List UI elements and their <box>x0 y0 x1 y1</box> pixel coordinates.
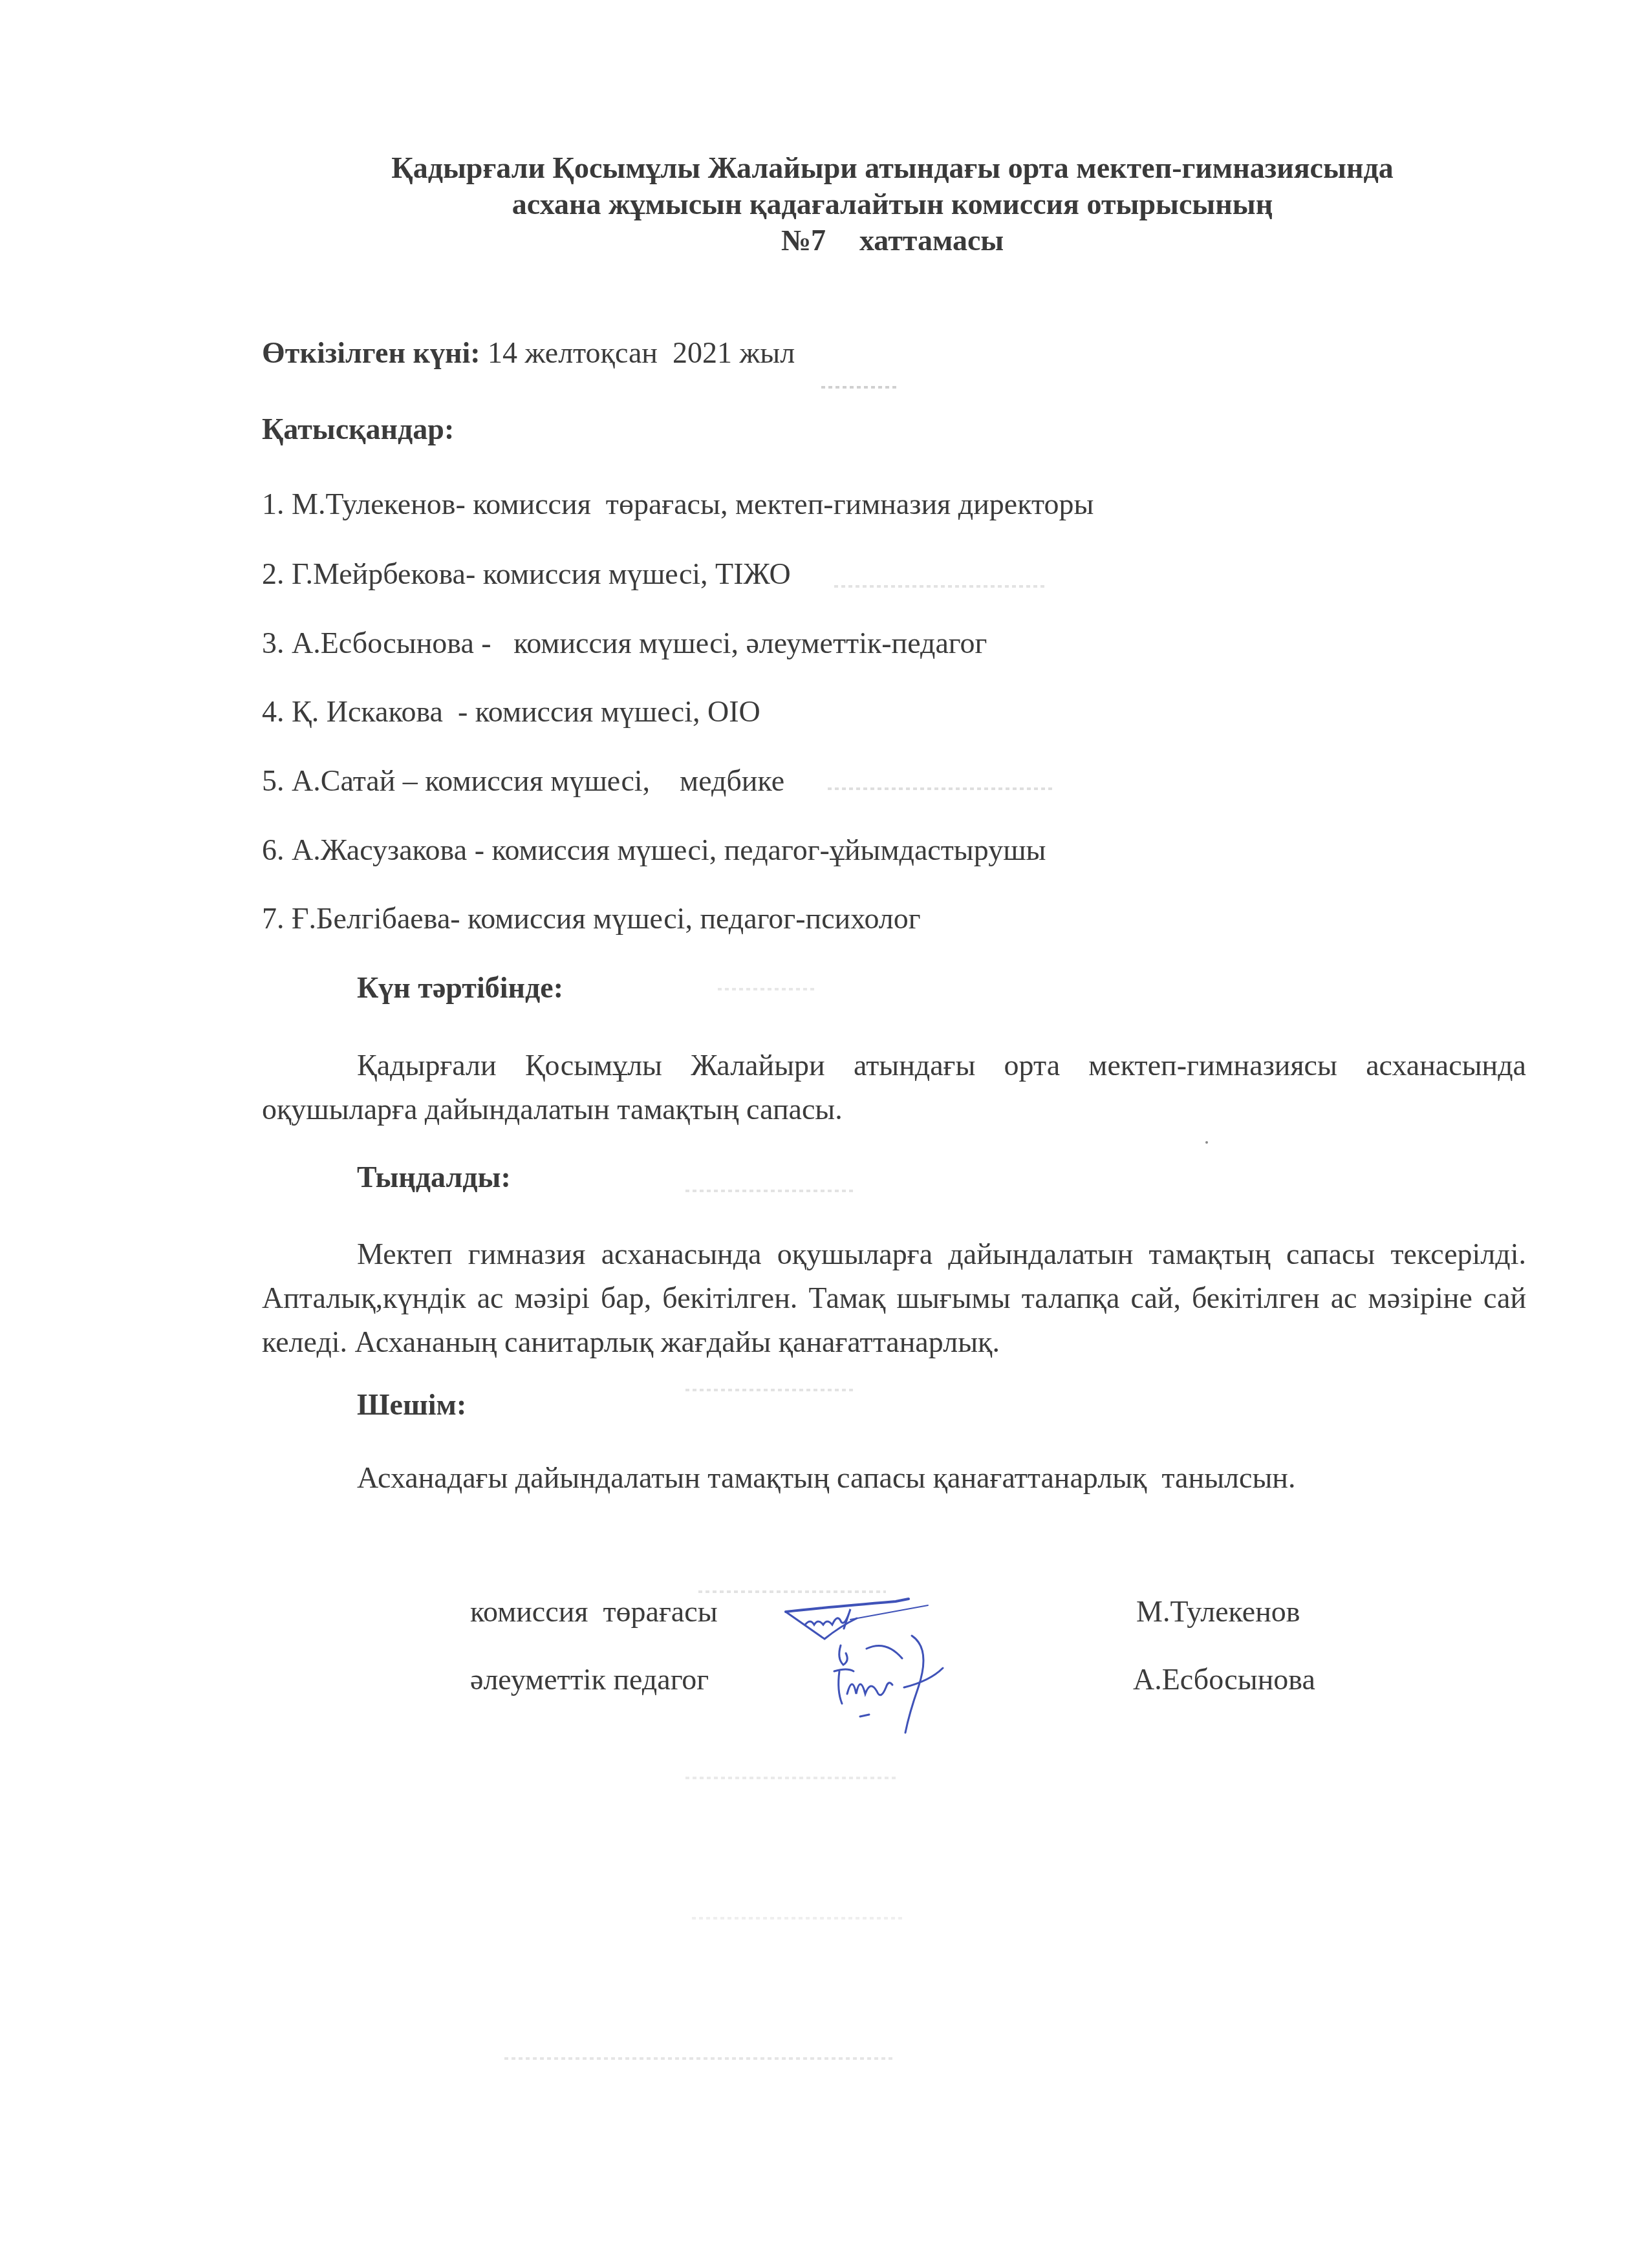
protocol-number: №7 <box>781 224 826 257</box>
decision-heading: Шешім: <box>357 1387 466 1423</box>
scan-artifact <box>718 988 815 990</box>
participants-heading: Қатысқандар: <box>262 411 454 447</box>
title-line-3: №7хаттамасы <box>259 222 1526 259</box>
scan-artifact <box>834 585 1048 588</box>
document-title: Қадырғали Қосымұлы Жалайыри атындағы орт… <box>259 150 1526 259</box>
scan-artifact <box>698 1590 886 1593</box>
meeting-date: Өткізілген күні: 14 желтоқсан 2021 жыл <box>262 335 795 371</box>
title-line-2: асхана жұмысын қадағалайтын комиссия оты… <box>259 186 1526 222</box>
scan-speck <box>1205 1141 1208 1144</box>
scan-artifact <box>504 2057 892 2060</box>
signatory-role: комиссия төрағасы <box>470 1594 718 1630</box>
agenda-heading: Күн тәртібінде: <box>357 970 563 1006</box>
participant-item: 4. Қ. Искакова - комиссия мүшесі, ОІО <box>262 694 760 730</box>
participant-item: 2. Г.Мейрбекова- комиссия мүшесі, ТІЖО <box>262 556 791 592</box>
scan-artifact <box>685 1389 854 1391</box>
protocol-word: хаттамасы <box>859 224 1004 257</box>
date-label: Өткізілген күні: <box>262 336 480 369</box>
scan-artifact <box>828 787 1054 790</box>
signatory-name: А.Есбосынова <box>1133 1662 1315 1698</box>
date-value: 14 желтоқсан 2021 жыл <box>488 336 795 369</box>
scan-artifact <box>685 1777 899 1779</box>
participant-item: 3. А.Есбосынова - комиссия мүшесі, әлеум… <box>262 625 987 661</box>
decision-text: Асханадағы дайындалатын тамақтың сапасы … <box>357 1460 1295 1496</box>
participant-item: 7. Ғ.Белгібаева- комиссия мүшесі, педаго… <box>262 901 921 937</box>
participant-item: 6. А.Жасузакова - комиссия мүшесі, педаг… <box>262 832 1046 868</box>
participant-item: 5. А.Сатай – комиссия мүшесі, медбике <box>262 763 784 799</box>
document-page: Қадырғали Қосымұлы Жалайыри атындағы орт… <box>0 0 1649 2268</box>
scan-artifact <box>685 1190 854 1192</box>
signatory-role: әлеуметтік педагог <box>470 1662 709 1698</box>
title-line-1: Қадырғали Қосымұлы Жалайыри атындағы орт… <box>259 150 1526 186</box>
handwritten-signature-social-pedagogue-icon <box>828 1632 957 1736</box>
heard-heading: Тыңдалды: <box>357 1159 511 1195</box>
scan-artifact <box>821 386 899 389</box>
heard-text: Мектеп гимназия асханасында оқушыларға д… <box>262 1232 1526 1364</box>
scan-artifact <box>692 1917 905 1920</box>
signatory-name: М.Тулекенов <box>1136 1594 1300 1630</box>
agenda-text: Қадырғали Қосымұлы Жалайыри атындағы орт… <box>262 1043 1526 1131</box>
participant-item: 1. М.Тулекенов- комиссия төрағасы, мекте… <box>262 486 1094 522</box>
